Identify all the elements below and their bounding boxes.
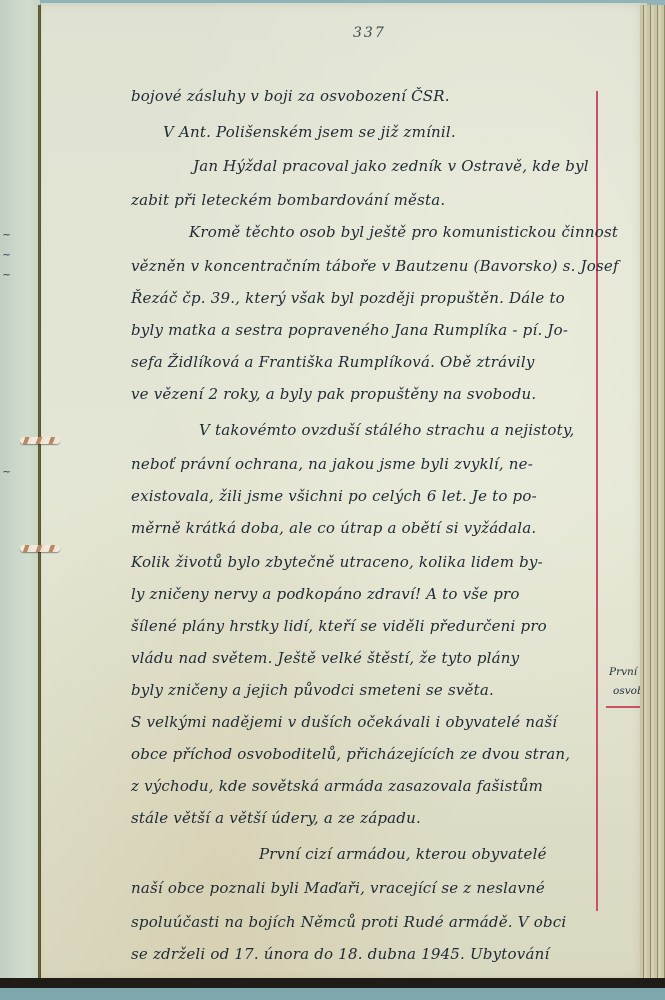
handwritten-line: šílené plány hrstky lidí, kteří se viděl… [131,617,547,635]
handwritten-line: měrně krátká doba, ale co útrap a obětí … [131,519,536,537]
binding-thread [20,545,60,552]
left-page-ink-mark: ~ [2,465,11,478]
handwritten-line: sefa Židlíková a Františka Rumplíková. O… [131,353,535,371]
handwritten-line: vládu nad světem. Ještě velké štěstí, že… [131,649,519,667]
handwritten-line: neboť právní ochrana, na jakou jsme byli… [131,455,533,473]
left-page-ink-mark: ~ [2,228,11,241]
handwritten-line: z východu, kde sovětská armáda zasazoval… [131,777,543,795]
handwritten-line: S velkými nadějemi v duších očekávali i … [131,713,557,731]
handwritten-line: zabit při leteckém bombardování města. [131,191,445,209]
left-page-ink-mark: ~ [2,268,11,281]
handwritten-line: existovala, žili jsme všichni po celých … [131,487,537,505]
handwritten-line: V Ant. Polišenském jsem se již zmínil. [163,123,456,141]
handwritten-line: První cizí armádou, kterou obyvatelé [259,845,547,863]
handwritten-line: vězněn v koncentračním táboře v Bautzenu… [131,257,619,275]
handwritten-line: Kromě těchto osob byl ještě pro komunist… [189,223,618,241]
handwritten-line: obce příchod osvoboditelů, přicházejícíc… [131,745,570,763]
handwritten-line: byly matka a sestra popraveného Jana Rum… [131,321,568,339]
left-page-ink-mark: ~ [2,248,11,261]
handwritten-line: ve vězení 2 roky, a byly pak propuštěny … [131,385,536,403]
handwritten-line: bojové zásluhy v boji za osvobození ČSR. [131,87,450,105]
margin-rule [596,91,598,911]
handwritten-line: ly zničeny nervy a podkopáno zdraví! A t… [131,585,520,603]
chronicle-page: 337 První známky osvobození bojové záslu… [41,3,647,980]
page-edges-stack [640,5,665,980]
handwritten-line: V takovémto ovzduší stálého strachu a ne… [199,421,575,439]
handwritten-line: se zdrželi od 17. února do 18. dubna 194… [131,945,549,963]
handwritten-line: byly zničeny a jejich původci smeteni se… [131,681,494,699]
handwritten-line: Řezáč čp. 39., který však byl později pr… [131,289,565,307]
scanned-book-spread: ~ ~ ~ ~ 337 První známky osvobození bojo… [0,0,665,1000]
left-page-edge: ~ ~ ~ ~ [0,0,40,983]
handwritten-line: naší obce poznali byli Maďaři, vracející… [131,879,545,897]
handwritten-line: Kolik životů bylo zbytečně utraceno, kol… [131,553,543,571]
book-bottom-shadow [0,978,665,988]
handwritten-line: spoluúčasti na bojích Němců proti Rudé a… [131,913,566,931]
page-number: 337 [353,25,386,41]
handwritten-line: Jan Hýždal pracoval jako zedník v Ostrav… [193,157,589,175]
handwritten-line: stále větší a větší údery, a ze západu. [131,809,421,827]
binding-thread [20,437,60,444]
